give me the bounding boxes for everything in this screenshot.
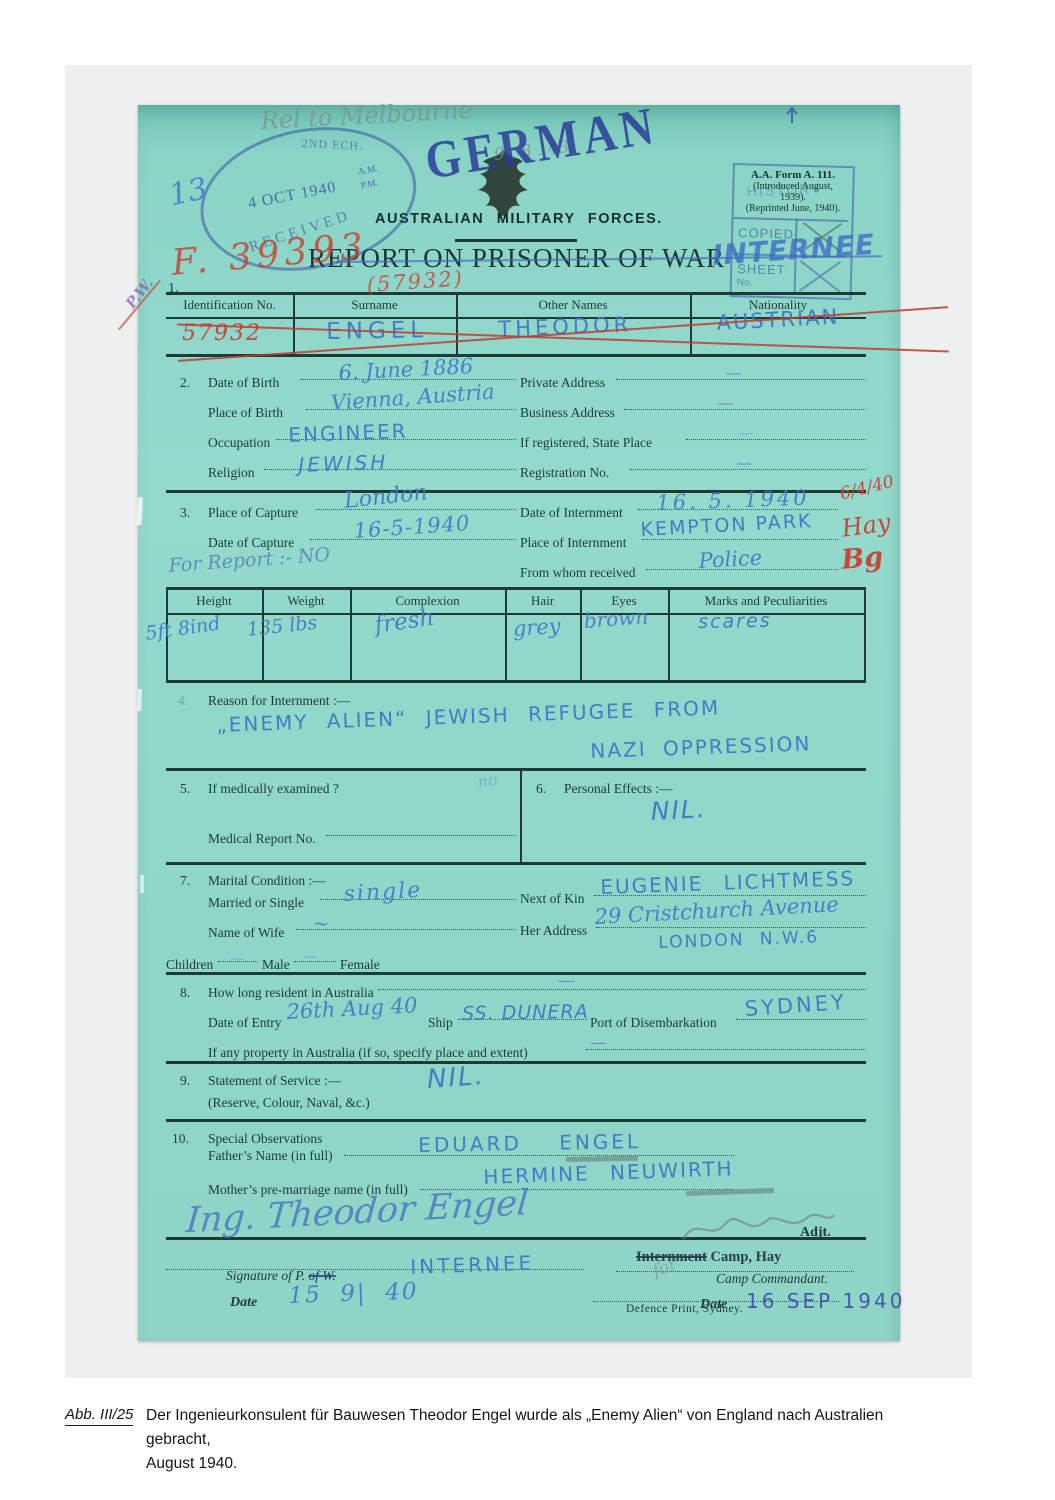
phys-hair-value: grey bbox=[512, 614, 561, 641]
s3-poc-label: Place of Capture bbox=[208, 505, 298, 521]
phys-v6 bbox=[864, 587, 866, 680]
s2-business-line bbox=[624, 399, 866, 410]
s7-ms-label: Married or Single bbox=[208, 895, 304, 911]
s10-father-label: Father’s Name (in full) bbox=[208, 1148, 333, 1164]
s3-number: 3. bbox=[180, 505, 190, 521]
s3-poi-label: Place of Internment bbox=[520, 535, 626, 551]
commandant-label: Camp Commandant. bbox=[716, 1271, 828, 1287]
s5-label: If medically examined ? bbox=[208, 781, 339, 797]
caption-line-1: Der Ingenieurkonsulent für Bauwesen Theo… bbox=[146, 1404, 946, 1452]
phys-header-marks: Marks and Peculiarities bbox=[668, 593, 864, 609]
phys-bottom-rule bbox=[166, 680, 866, 683]
s9-service-value: NIL. bbox=[426, 1061, 486, 1095]
phys-weight-value: 135 lbs bbox=[246, 612, 318, 641]
s2-regno-label: Registration No. bbox=[520, 465, 609, 481]
s7-nok-label: Next of Kin bbox=[520, 891, 585, 907]
s8-resident-value: — bbox=[558, 971, 575, 991]
form-introduced: (Introduced August, 1939). bbox=[739, 181, 847, 203]
s2-pob-label: Place of Birth bbox=[208, 405, 283, 421]
s10-number: 10. bbox=[172, 1131, 189, 1147]
s4-number: 4. bbox=[178, 693, 188, 709]
form-number: A.A. Form A. 111. bbox=[739, 169, 847, 181]
s7-children-label: Children bbox=[166, 957, 213, 973]
s7-number: 7. bbox=[180, 873, 190, 889]
s4-rule bbox=[166, 768, 866, 771]
s7-addr-label: Her Address bbox=[520, 923, 587, 939]
id-table-header-other: Other Names bbox=[456, 297, 690, 313]
s4-reason-line2: NAZI OPPRESSION bbox=[590, 731, 812, 763]
signature-label-main: Signature of P. bbox=[226, 1268, 305, 1283]
camp-word: Camp, Hay bbox=[711, 1249, 782, 1265]
s8-resident-line bbox=[378, 979, 866, 990]
s8-number: 8. bbox=[180, 985, 190, 1001]
pow-report-document: Rel to Melbourne 9 . 8 . 43 2ND ECH. 4 O… bbox=[138, 105, 900, 1341]
received-stamp-am: A.M. bbox=[357, 164, 379, 178]
s7-label: Marital Condition :— bbox=[208, 873, 326, 889]
s5-report-line bbox=[326, 825, 516, 836]
phys-eyes-value: brown bbox=[583, 605, 649, 633]
s7-wife-line bbox=[296, 919, 516, 930]
s6-label: Personal Effects :— bbox=[564, 781, 672, 797]
id-table-top-rule bbox=[166, 292, 866, 295]
s5-pencil-answer: no bbox=[476, 770, 499, 792]
sheet-no-stamp-word: No. bbox=[737, 277, 753, 288]
received-stamp-date: 4 OCT 1940 bbox=[247, 179, 339, 214]
corner-mark-icon bbox=[784, 105, 800, 125]
s4-label: Reason for Internment :— bbox=[208, 693, 350, 709]
caption-text: Der Ingenieurkonsulent für Bauwesen Theo… bbox=[146, 1404, 946, 1476]
s2-number: 2. bbox=[180, 375, 190, 391]
s8-property-value: — bbox=[590, 1033, 607, 1053]
form-number-block: A.A. Form A. 111. (Introduced August, 19… bbox=[739, 169, 847, 214]
s2-state-place-label: If registered, State Place bbox=[520, 435, 652, 451]
s8-property-line bbox=[586, 1039, 866, 1050]
s8-property-label: If any property in Australia (if so, spe… bbox=[208, 1045, 528, 1061]
phys-header-weight: Weight bbox=[262, 593, 350, 609]
phys-height-value: 5ft 8ind bbox=[144, 613, 222, 645]
s2-state-line bbox=[686, 429, 866, 440]
s8-entry-label: Date of Entry bbox=[208, 1015, 281, 1031]
struck-id-number: 57932 bbox=[182, 321, 944, 346]
phys-marks-value: scares bbox=[698, 610, 772, 633]
s8-ship-label: Ship bbox=[428, 1015, 453, 1031]
s7-male-label: Male bbox=[262, 957, 290, 973]
s3-for-report-note: For Report :- NO bbox=[168, 544, 331, 577]
signature-date-value: 15 9| 40 bbox=[288, 1278, 419, 1309]
s3-doi-red-note: 6/4/40 bbox=[838, 472, 896, 505]
s2-regno-value: — bbox=[736, 453, 752, 472]
s56-divider bbox=[520, 768, 522, 862]
s7-male-dash: — bbox=[304, 949, 318, 965]
s5-number: 5. bbox=[180, 781, 190, 797]
phys-top-rule bbox=[166, 587, 866, 590]
s9-label2: (Reserve, Colour, Naval, &c.) bbox=[208, 1095, 370, 1111]
s3-doi-label: Date of Internment bbox=[520, 505, 623, 521]
s7-addr-value2: LONDON N.W.6 bbox=[658, 927, 819, 953]
s7-wife-label: Name of Wife bbox=[208, 925, 284, 941]
s2-religion-value: JEWISH bbox=[298, 450, 389, 477]
s10-father-value: EDUARD ENGEL bbox=[418, 1129, 641, 1157]
s2-business-address-label: Business Address bbox=[520, 405, 615, 421]
s7-wife-value: ~ bbox=[313, 913, 329, 935]
s8-ship-value: SS. DUNERA bbox=[462, 1001, 589, 1025]
s3-from-value: Police bbox=[698, 546, 763, 573]
phys-complexion-value: fresh bbox=[373, 605, 436, 639]
scan-backdrop: Rel to Melbourne 9 . 8 . 43 2ND ECH. 4 O… bbox=[65, 65, 972, 1378]
s9-label: Statement of Service :— bbox=[208, 1073, 341, 1089]
s2-private-address-label: Private Address bbox=[520, 375, 605, 391]
paper-scratch-1 bbox=[137, 497, 143, 525]
s2-business-value: — bbox=[718, 393, 734, 412]
s3-from-label: From whom received bbox=[520, 565, 635, 581]
s2-occupation-label: Occupation bbox=[208, 435, 270, 451]
s2-dob-value: 6. June 1886 bbox=[338, 354, 474, 385]
s2-private-value: — bbox=[726, 363, 742, 382]
date-received-stamp: 16 SEP 1940 bbox=[746, 1289, 905, 1313]
s2-religion-label: Religion bbox=[208, 465, 255, 481]
s2-dob-label: Date of Birth bbox=[208, 375, 279, 391]
form-reprinted: (Reprinted June, 1940). bbox=[739, 203, 847, 214]
id-table-header-surname: Surname bbox=[293, 297, 456, 313]
s6-effects-value: NIL. bbox=[650, 794, 707, 826]
signature-date-label: Date bbox=[230, 1295, 257, 1311]
phys-header-hair: Hair bbox=[505, 593, 580, 609]
red-file-number: F. 39393 bbox=[170, 226, 370, 284]
caption-label: Abb. III/25 bbox=[65, 1406, 133, 1426]
signature-internee-note: INTERNEE bbox=[410, 1251, 535, 1279]
s8-rule bbox=[166, 1061, 866, 1064]
s8-port-label: Port of Disembarkation bbox=[590, 1015, 717, 1031]
header-rule bbox=[455, 239, 577, 242]
s7-female-label: Female bbox=[340, 957, 380, 973]
book-page: Rel to Melbourne 9 . 8 . 43 2ND ECH. 4 O… bbox=[0, 0, 1055, 1500]
id-table-header-id: Identification No. bbox=[166, 297, 293, 313]
s6-rule bbox=[166, 862, 866, 865]
commandant-date-label: Date bbox=[700, 1297, 727, 1313]
s3-poi-red-note: Hay bbox=[840, 508, 892, 543]
phys-header-height: Height bbox=[166, 593, 262, 609]
s6-number: 6. bbox=[536, 781, 546, 797]
s7-ms-value: single bbox=[343, 878, 423, 907]
s9-rule bbox=[166, 1119, 866, 1122]
paper-scratch-3 bbox=[140, 875, 144, 893]
s3-from-red-note: Bg bbox=[840, 541, 884, 576]
received-stamp-echelon: 2ND ECH. bbox=[301, 136, 363, 154]
paper-scratch-2 bbox=[137, 689, 142, 711]
s2-occupation-value: ENGINEER bbox=[288, 419, 408, 447]
commandant-pencil-signature bbox=[678, 1207, 838, 1251]
s9-number: 9. bbox=[180, 1073, 190, 1089]
caption-line-2: August 1940. bbox=[146, 1452, 946, 1476]
s5-report-label: Medical Report No. bbox=[208, 831, 316, 847]
s2-state-value: — bbox=[738, 423, 754, 442]
received-stamp-pm: P.M. bbox=[360, 178, 379, 191]
s7-children-dash: — bbox=[230, 951, 244, 967]
s10-label: Special Observations bbox=[208, 1131, 322, 1147]
